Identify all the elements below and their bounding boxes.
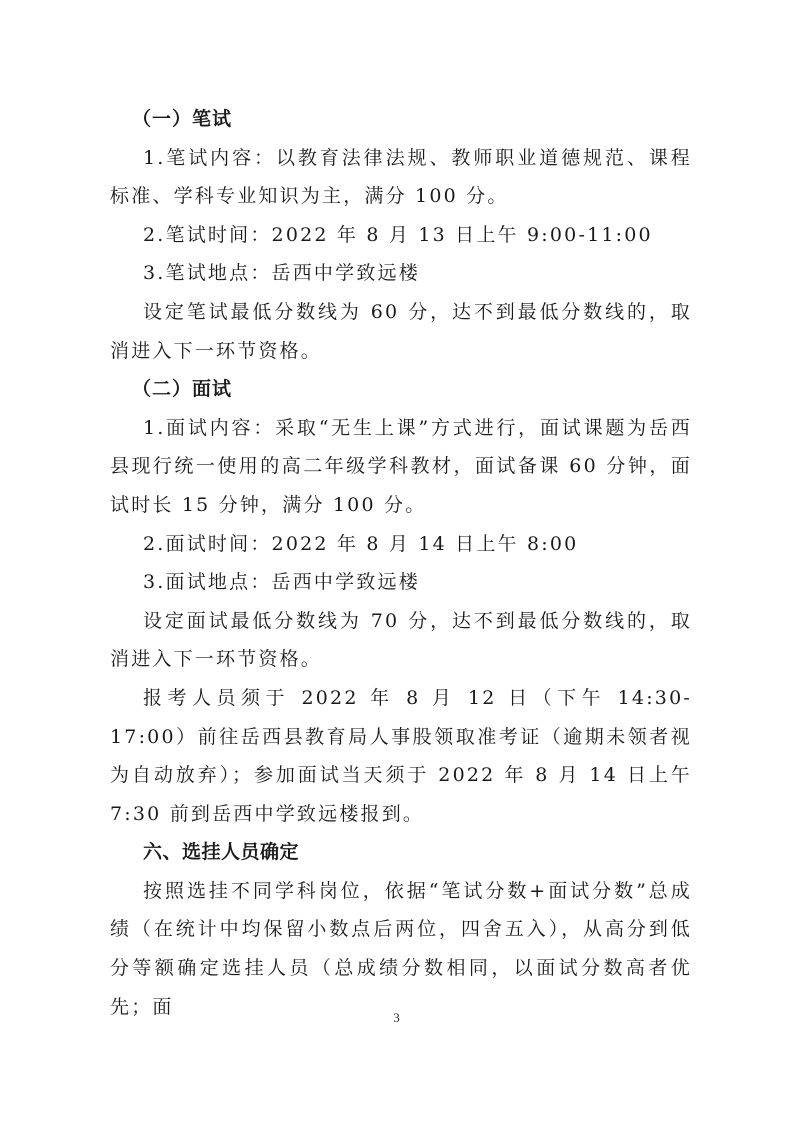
paragraph-written-time: 2.笔试时间：2022 年 8 月 13 日上午 9:00-11:00: [110, 216, 692, 255]
section-heading-written-exam: （一）笔试: [110, 100, 692, 139]
paragraph-written-cutoff: 设定笔试最低分数线为 60 分，达不到最低分数线的，取消进入下一环节资格。: [110, 293, 692, 370]
paragraph-selection-rules: 按照选挂不同学科岗位，依据“笔试分数+面试分数”总成绩（在统计中均保留小数点后两…: [110, 872, 692, 1026]
paragraph-interview-cutoff: 设定面试最低分数线为 70 分，达不到最低分数线的，取消进入下一环节资格。: [110, 602, 692, 679]
page-number: 3: [0, 1010, 793, 1026]
document-body: （一）笔试 1.笔试内容：以教育法律法规、教师职业道德规范、课程标准、学科专业知…: [110, 100, 692, 1026]
paragraph-admission-ticket: 报考人员须于 2022 年 8 月 12 日（下午 14:30-17:00）前往…: [110, 679, 692, 833]
paragraph-interview-location: 3.面试地点：岳西中学致远楼: [110, 563, 692, 602]
paragraph-written-location: 3.笔试地点：岳西中学致远楼: [110, 254, 692, 293]
section-heading-interview: （二）面试: [110, 370, 692, 409]
paragraph-interview-time: 2.面试时间：2022 年 8 月 14 日上午 8:00: [110, 525, 692, 564]
document-page: （一）笔试 1.笔试内容：以教育法律法规、教师职业道德规范、课程标准、学科专业知…: [0, 0, 793, 1122]
section-heading-selection: 六、选挂人员确定: [110, 833, 692, 872]
paragraph-written-content: 1.笔试内容：以教育法律法规、教师职业道德规范、课程标准、学科专业知识为主，满分…: [110, 139, 692, 216]
paragraph-interview-content: 1.面试内容：采取“无生上课”方式进行，面试课题为岳西县现行统一使用的高二年级学…: [110, 409, 692, 525]
